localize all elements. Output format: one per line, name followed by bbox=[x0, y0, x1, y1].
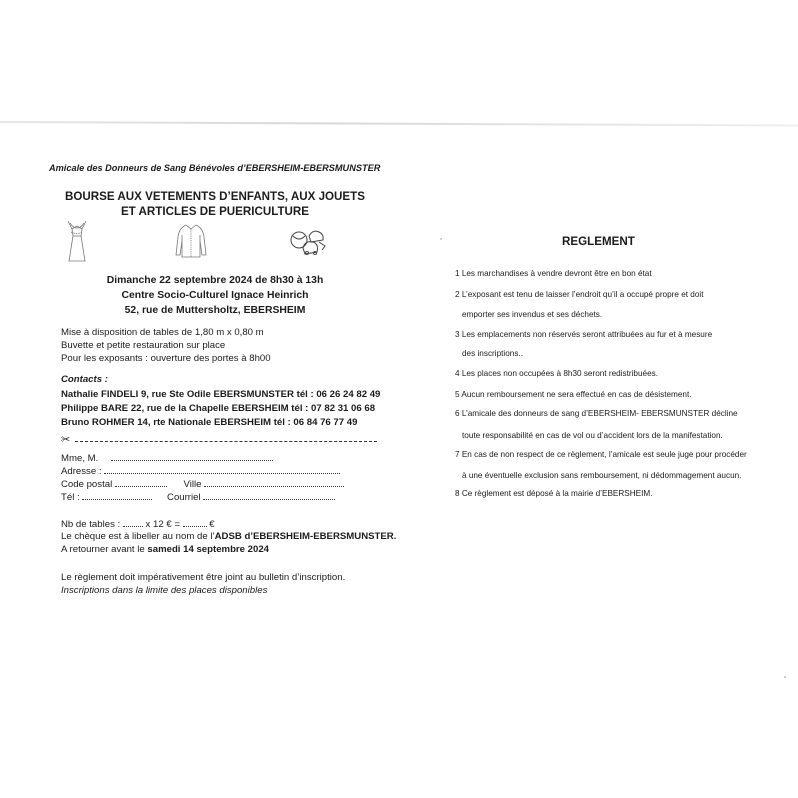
reglement-title: REGLEMENT bbox=[562, 235, 635, 248]
phone-input[interactable] bbox=[82, 490, 152, 500]
name-input[interactable] bbox=[111, 451, 273, 461]
scissors-icon: ✂ bbox=[61, 433, 70, 446]
rule-item: 7 En cas de non respect de ce règlement,… bbox=[455, 450, 747, 459]
postal-input[interactable] bbox=[115, 477, 167, 487]
cheque-payee: ADSB d’EBERSHEIM-EBERSMUNSTER. bbox=[215, 531, 397, 542]
return-date: samedi 14 septembre 2024 bbox=[147, 544, 269, 555]
rule-item: 5 Aucun remboursement ne sera effectué e… bbox=[455, 390, 692, 399]
rule-item-continuation: à une éventuelle exclusion sans rembours… bbox=[462, 471, 741, 480]
rule-item: 2 L’exposant est tenu de laisser l’endro… bbox=[455, 290, 704, 299]
event-address: 52, rue de Muttersholtz, EBERSHEIM bbox=[60, 303, 370, 319]
association-name: Amicale des Donneurs de Sang Bénévoles d… bbox=[49, 163, 380, 173]
flyer-title-line2: ET ARTICLES DE PUERICULTURE bbox=[60, 204, 370, 219]
rule-item-continuation: toute responsabilité en cas de vol ou d’… bbox=[462, 431, 723, 440]
event-venue: Centre Socio-Culturel Ignace Heinrich bbox=[60, 288, 370, 304]
contacts-heading: Contacts : bbox=[61, 374, 108, 385]
email-label: Courriel bbox=[167, 492, 201, 503]
return-text: A retourner avant le bbox=[61, 544, 147, 555]
rule-item-continuation: emporter ses invendus et ses déchets. bbox=[462, 310, 602, 319]
event-date: Dimanche 22 septembre 2024 de 8h30 à 13h bbox=[60, 273, 370, 289]
contact-item: Bruno ROHMER 14, rte Nationale EBERSHEIM… bbox=[61, 416, 357, 430]
email-input[interactable] bbox=[203, 490, 335, 500]
scan-page-edge bbox=[0, 121, 798, 126]
scan-speck bbox=[784, 676, 786, 678]
dashed-divider bbox=[75, 441, 377, 442]
postal-label: Code postal bbox=[61, 479, 112, 490]
cheque-instruction: Le chèque est à libeller au nom de l’ADS… bbox=[61, 530, 396, 543]
contact-item: Philippe BARE 22, rue de la Chapelle EBE… bbox=[61, 402, 375, 416]
info-opening: Pour les exposants : ouverture des porte… bbox=[61, 352, 271, 366]
flyer-title-line1: BOURSE AUX VETEMENTS D’ENFANTS, AUX JOUE… bbox=[60, 189, 370, 204]
scan-speck bbox=[440, 238, 442, 240]
cut-line: ✂ bbox=[61, 435, 377, 447]
address-label: Adresse : bbox=[61, 466, 102, 477]
city-label: Ville bbox=[184, 479, 202, 490]
info-refreshments: Buvette et petite restauration sur place bbox=[61, 339, 225, 353]
rule-item: 8 Ce règlement est déposé à la mairie d’… bbox=[455, 489, 653, 498]
phone-label: Tél : bbox=[61, 492, 80, 503]
rule-item: 4 Les places non occupées à 8h30 seront … bbox=[455, 369, 658, 378]
rule-item: 3 Les emplacements non réservés seront a… bbox=[455, 330, 712, 339]
address-field[interactable]: Adresse : bbox=[61, 464, 340, 478]
availability-note: Inscriptions dans la limite des places d… bbox=[61, 585, 267, 596]
return-deadline: A retourner avant le samedi 14 septembre… bbox=[61, 543, 269, 556]
tables-label: Nb de tables : bbox=[61, 519, 120, 530]
toys-icon bbox=[289, 228, 329, 256]
rule-item-continuation: des inscriptions.. bbox=[462, 349, 523, 358]
contact-item: Nathalie FINDELI 9, rue Ste Odile EBERSM… bbox=[61, 388, 380, 402]
rule-item: 6 L’amicale des donneurs de sang d’EBERS… bbox=[455, 409, 738, 418]
dress-icon bbox=[64, 220, 90, 264]
tables-calculation: Nb de tables : x 12 € = € bbox=[61, 517, 215, 531]
rules-note: Le règlement doit impérativement être jo… bbox=[61, 572, 345, 583]
rule-item: 1 Les marchandises à vendre devront être… bbox=[455, 269, 652, 278]
phone-email-field[interactable]: Tél : Courriel bbox=[61, 490, 335, 504]
tables-total-input[interactable] bbox=[183, 517, 207, 527]
tables-count-input[interactable] bbox=[123, 517, 143, 527]
address-input[interactable] bbox=[104, 464, 340, 474]
tables-price: x 12 € = bbox=[146, 519, 180, 530]
city-input[interactable] bbox=[204, 477, 344, 487]
shirt-icon bbox=[174, 223, 208, 259]
postal-city-field[interactable]: Code postal Ville bbox=[61, 477, 344, 491]
currency-symbol: € bbox=[209, 519, 214, 530]
name-field[interactable]: Mme, M. bbox=[61, 451, 273, 465]
info-tables: Mise à disposition de tables de 1,80 m x… bbox=[61, 326, 264, 340]
cheque-text: Le chèque est à libeller au nom de l’ bbox=[61, 531, 215, 542]
name-label: Mme, M. bbox=[61, 453, 98, 464]
